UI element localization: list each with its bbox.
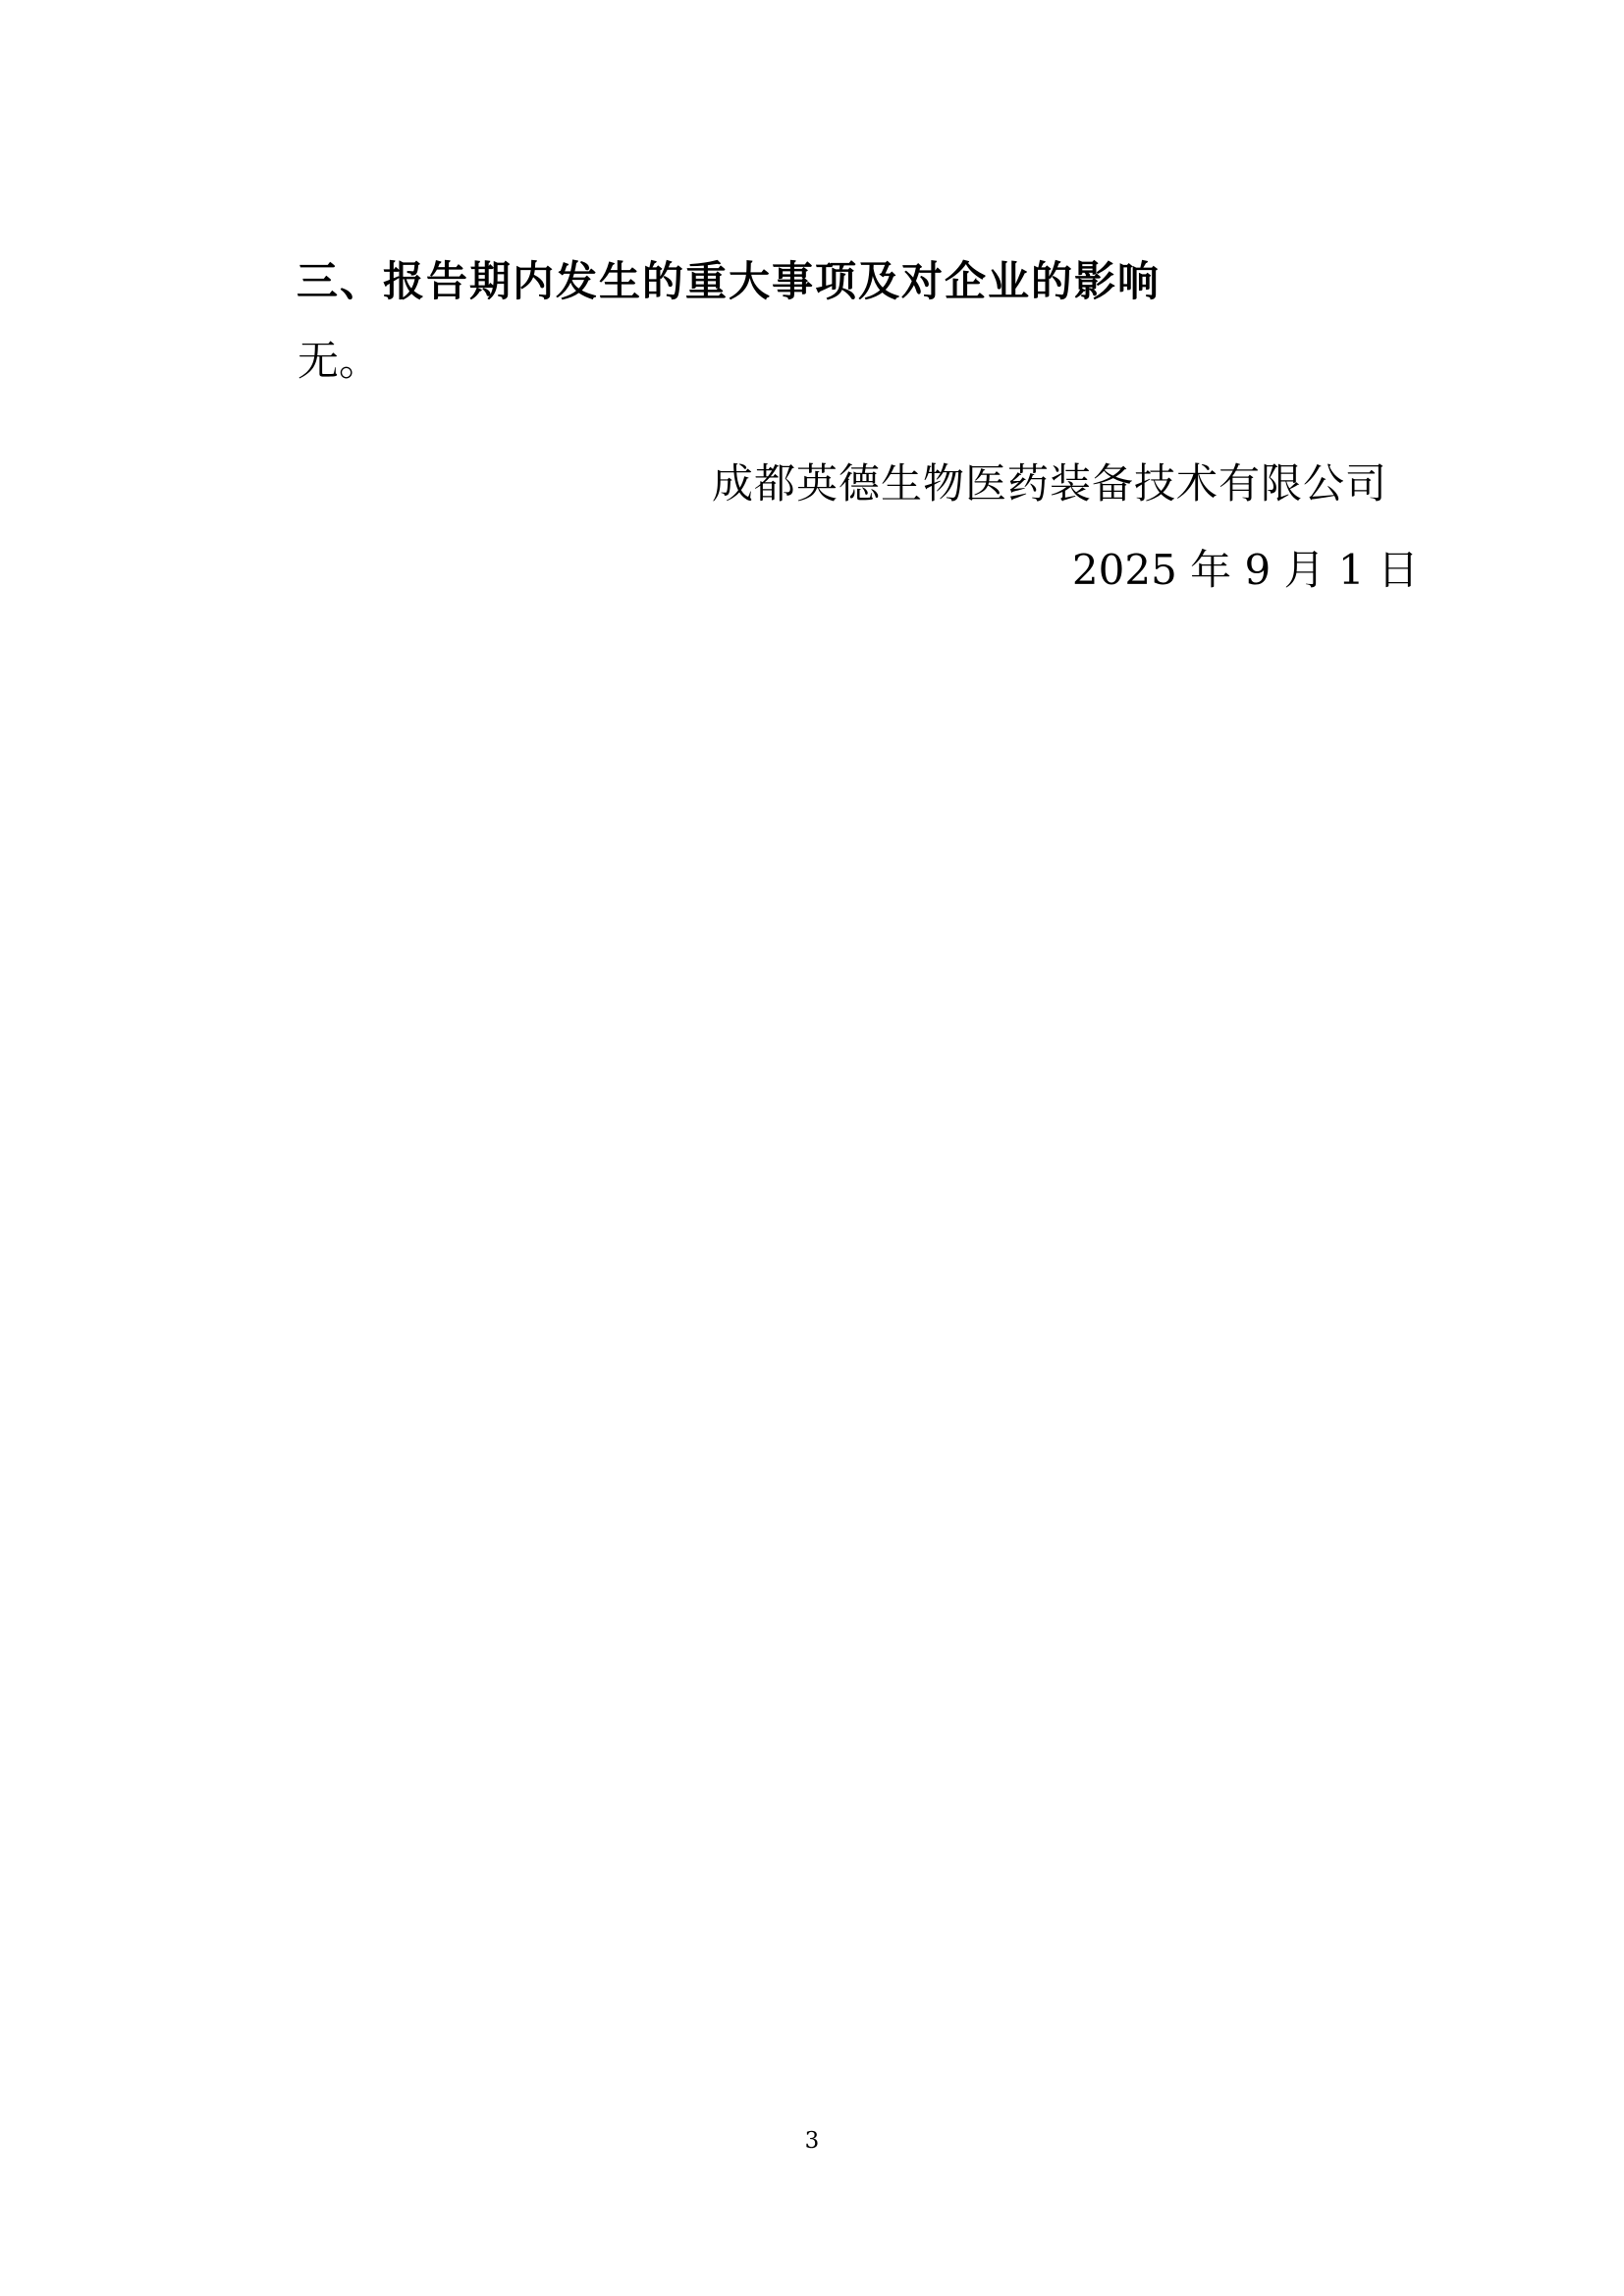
document-page: 三、报告期内发生的重大事项及对企业的影响 无。 成都英德生物医药装备技术有限公司… — [0, 0, 1624, 2296]
section-body-text: 无。 — [298, 337, 380, 386]
signature-date: 2025 年 9 月 1 日 — [1072, 546, 1419, 595]
page-number: 3 — [0, 2128, 1624, 2156]
signature-company-name: 成都英德生物医药装备技术有限公司 — [712, 459, 1387, 508]
section-heading: 三、报告期内发生的重大事项及对企业的影响 — [297, 257, 1161, 306]
